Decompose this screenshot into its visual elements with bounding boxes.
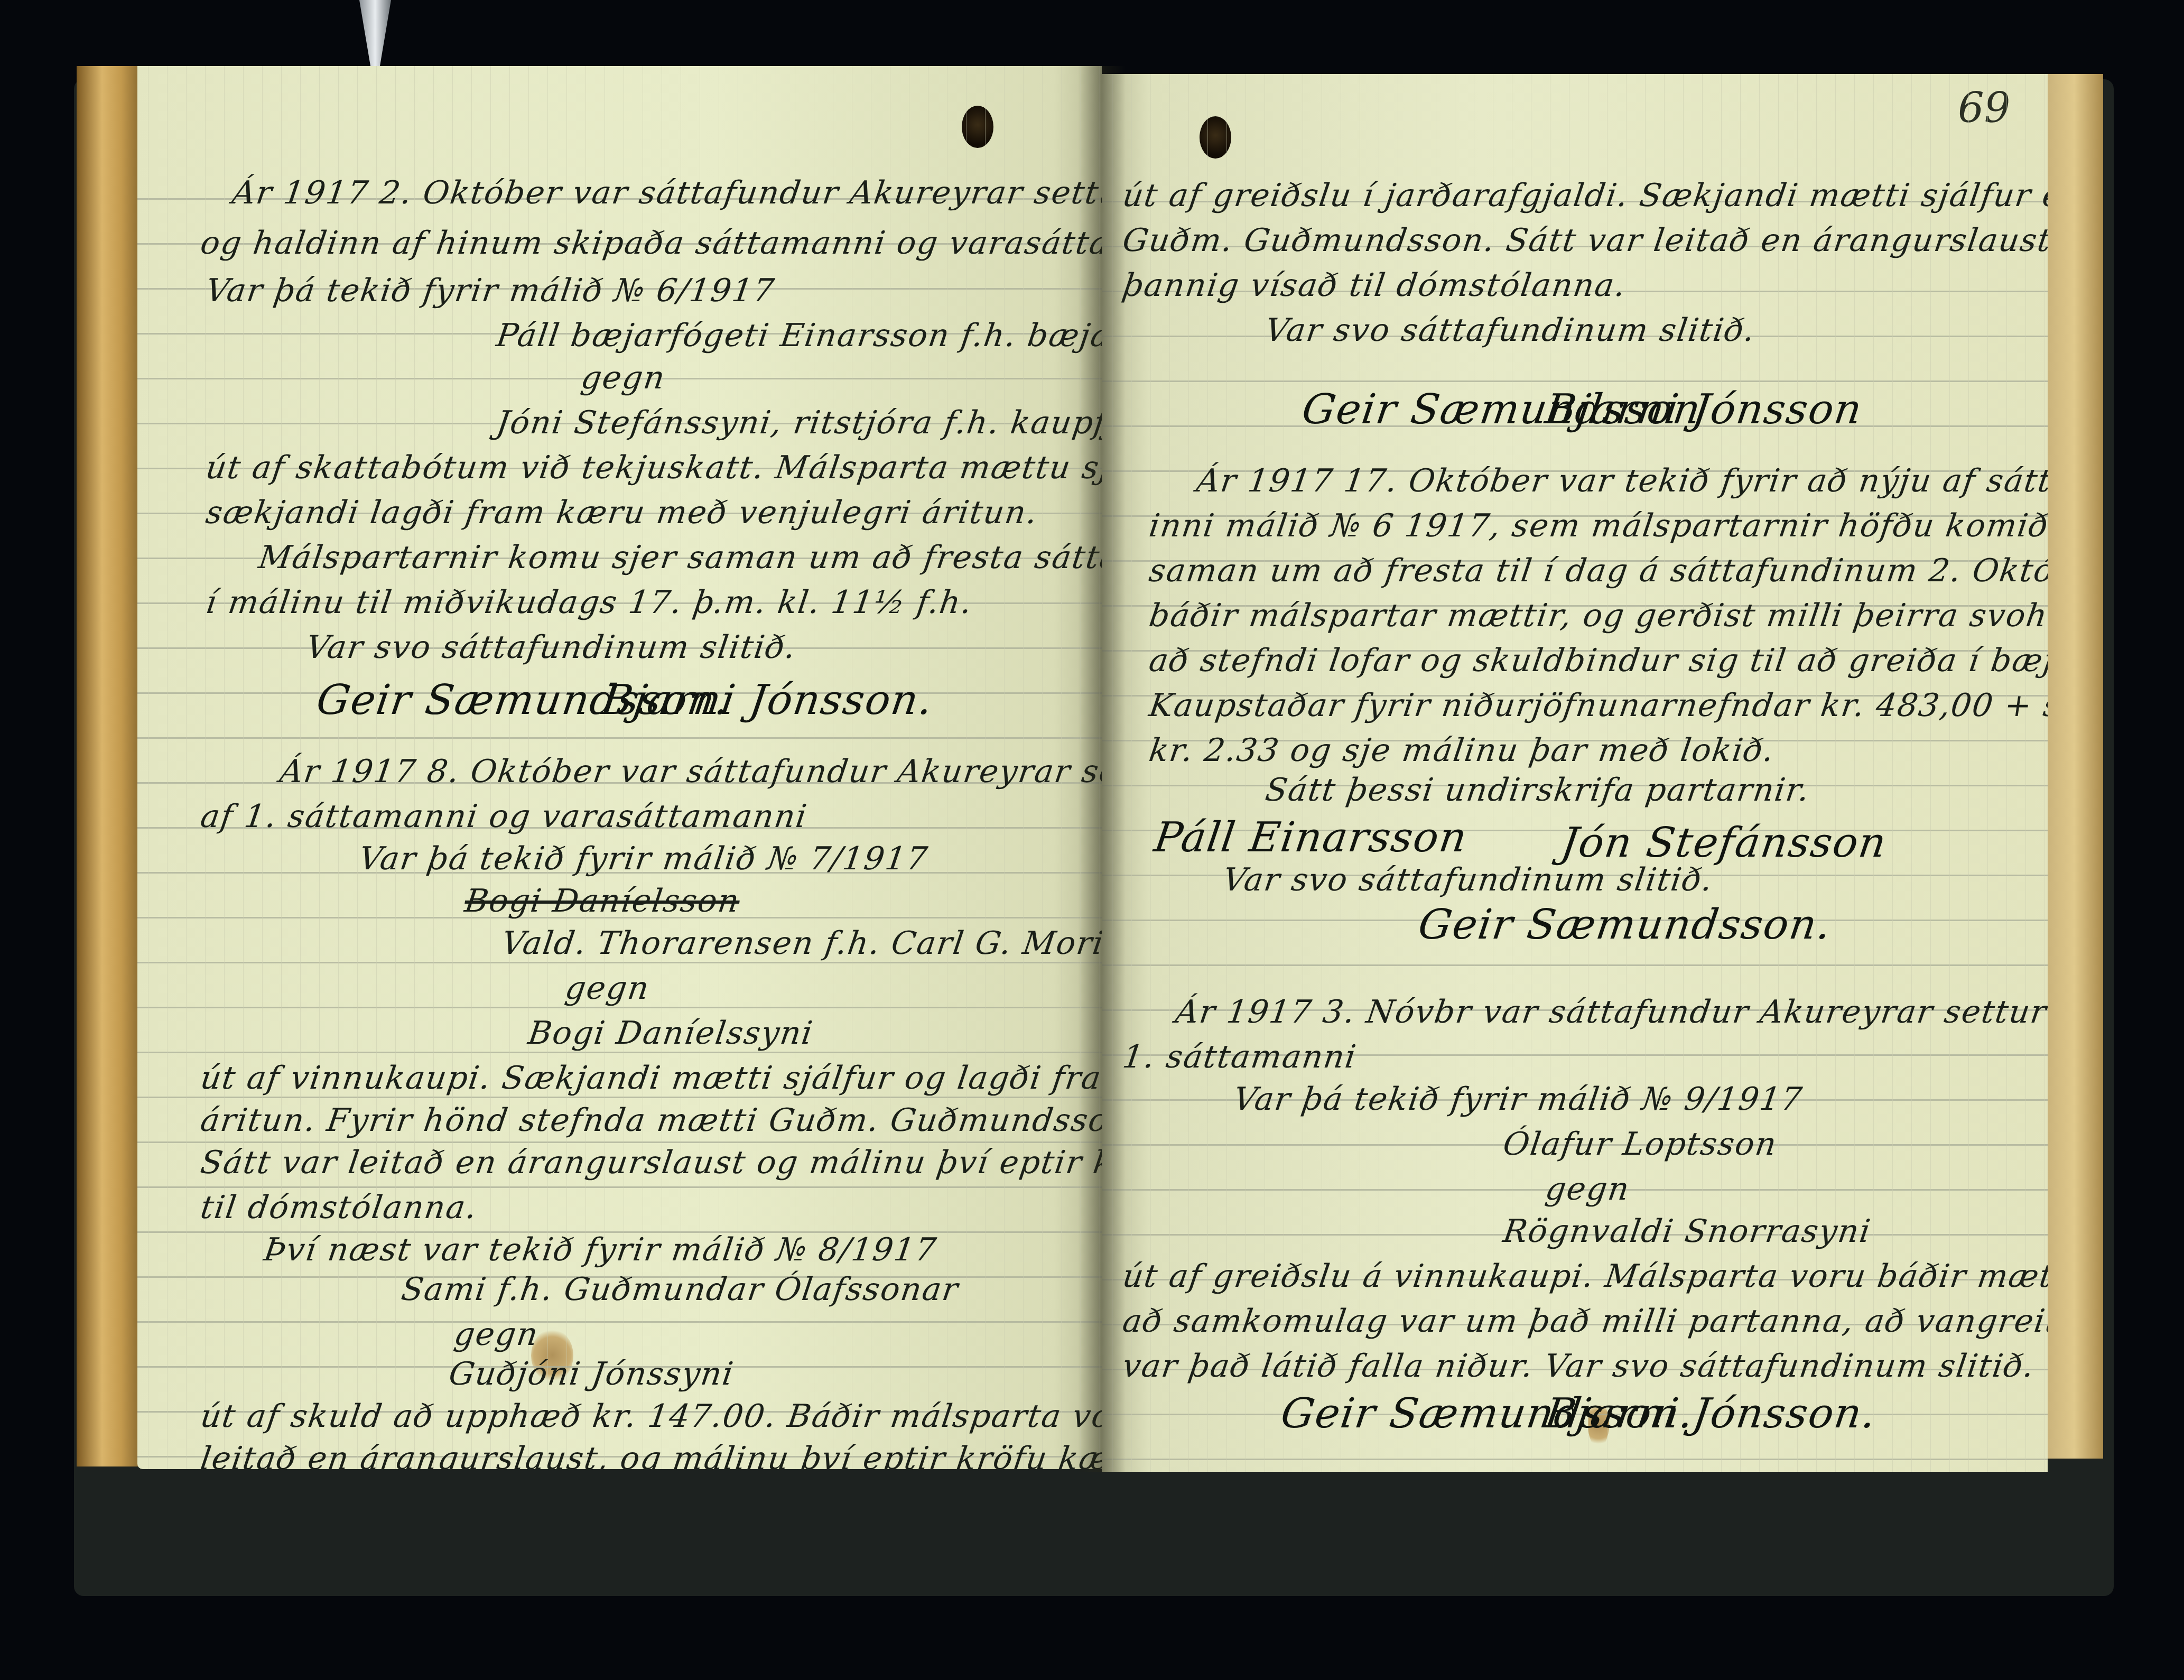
- left-page: Ár 1917 2. Október var sáttafundur Akure…: [137, 66, 1102, 1469]
- handwritten-line: kr. 2.33 og sje málinu þar með lokið.: [1147, 732, 1777, 769]
- ruled-line: [137, 1052, 1102, 1053]
- left-page-edges: [77, 66, 140, 1466]
- signature: Bjarni Jónsson.: [599, 676, 936, 724]
- handwritten-line: Var þá tekið fyrir málið № 6/1917: [203, 272, 777, 309]
- handwritten-line: út af skuld að upphæð kr. 147.00. Báðir …: [198, 1398, 1102, 1435]
- handwritten-line: Ólafur Loptsson: [1501, 1126, 1779, 1163]
- ruled-line: [137, 1321, 1102, 1323]
- handwritten-line: þannig vísað til dómstólanna.: [1120, 267, 1629, 304]
- handwritten-line: Var svo sáttafundinum slitið.: [1221, 861, 1716, 898]
- handwritten-line: Sami f.h. Guðmundar Ólafssonar: [399, 1271, 961, 1308]
- handwritten-line: Var svo sáttafundinum slitið.: [304, 629, 799, 666]
- handwritten-line: sækjandi lagði fram kæru með venjulegri …: [203, 494, 1040, 531]
- ruled-line: [1102, 380, 2048, 382]
- handwritten-line: að samkomulag var um það milli partanna,…: [1120, 1303, 2048, 1340]
- signature: Bjarni Jónsson.: [1542, 1390, 1880, 1437]
- handwritten-line: að stefndi lofar og skuldbindur sig til …: [1147, 642, 2048, 679]
- handwritten-line: Því næst var tekið fyrir málið № 8/1917: [262, 1231, 939, 1268]
- handwritten-line: út af greiðslu í jarðarafgjaldi. Sækjand…: [1120, 177, 2048, 214]
- ruled-line: [1102, 1459, 2048, 1460]
- handwritten-line: inni málið № 6 1917, sem málspartarnir h…: [1147, 507, 2048, 544]
- handwritten-line: Páll bæjarfógeti Einarsson f.h. bæjarstj…: [494, 317, 1102, 354]
- handwritten-line: til dómstólanna.: [198, 1189, 480, 1226]
- ruled-line: [137, 1007, 1102, 1008]
- ruled-line: [1102, 964, 2048, 966]
- handwritten-line: Var þá tekið fyrir málið № 9/1917: [1231, 1081, 1805, 1118]
- ruled-line: [137, 1141, 1102, 1143]
- handwritten-line: Var svo sáttafundinum slitið.: [1263, 312, 1758, 349]
- handwritten-line: Ár 1917 2. Október var sáttafundur Akure…: [230, 174, 1102, 211]
- handwritten-line: út af skattabótum við tekjuskatt. Málspa…: [203, 449, 1102, 486]
- handwritten-line: 1. sáttamanni: [1120, 1038, 1359, 1075]
- handwritten-line: út af vinnukaupi. Sækjandi mætti sjálfur…: [198, 1060, 1102, 1097]
- right-page: 69 út af greiðslu í jarðarafgjaldi. Sækj…: [1102, 74, 2048, 1472]
- handwritten-line: báðir málspartar mættir, og gerðist mill…: [1147, 597, 2048, 634]
- handwritten-line: Sátt var leitað en árangurslaust og máli…: [198, 1144, 1102, 1181]
- handwritten-line: Sátt þessi undirskrifa partarnir.: [1263, 772, 1813, 809]
- handwritten-line: Ár 1917 17. Október var tekið fyrir að n…: [1194, 462, 2048, 499]
- ruled-line: [137, 1097, 1102, 1098]
- handwritten-line: Var þá tekið fyrir málið № 7/1917: [357, 840, 931, 877]
- handwritten-line: Rögnvaldi Snorrasyni: [1501, 1213, 1873, 1250]
- grid-line: [148, 66, 148, 1469]
- handwritten-line: gegn: [1543, 1171, 1632, 1208]
- handwritten-line: Bogi Daníelsson: [462, 883, 742, 920]
- handwritten-line: Vald. Thorarensen f.h. Carl G. Moritz: [499, 925, 1102, 962]
- handwritten-line: Bogi Daníelssyni: [526, 1015, 815, 1052]
- book-gutter: [1078, 66, 1126, 1472]
- signature: Bjarni Jónsson: [1542, 386, 1866, 433]
- handwritten-line: saman um að fresta til í dag á sáttafund…: [1147, 552, 2048, 589]
- grid-line: [167, 66, 168, 1469]
- handwritten-line: gegn: [452, 1316, 541, 1353]
- handwritten-line: áritun. Fyrir hönd stefnda mætti Guðm. G…: [198, 1102, 1102, 1139]
- handwritten-line: út af greiðslu á vinnukaupi. Málsparta v…: [1120, 1258, 2048, 1295]
- handwritten-line: Málspartarnir komu sjer saman um að fres…: [256, 539, 1102, 576]
- page-number: 69: [1958, 85, 2010, 132]
- handwritten-line: leitað en árangurslaust, og málinu því e…: [198, 1440, 1102, 1469]
- handwritten-line: Guðm. Guðmundsson. Sátt var leitað en ár…: [1120, 222, 2048, 259]
- ruled-line: [137, 1186, 1102, 1188]
- grid-line: [205, 66, 206, 1469]
- ruled-line: [137, 737, 1102, 739]
- signature: Jón Stefánsson: [1558, 819, 1890, 867]
- handwritten-line: gegn: [563, 970, 652, 1007]
- handwritten-line: Ár 1917 8. Október var sáttafundur Akure…: [277, 753, 1102, 790]
- signature: Páll Einarsson: [1151, 814, 1471, 861]
- signature: Geir Sæmundsson.: [1416, 901, 1835, 949]
- handwritten-line: og haldinn af hinum skipaða sáttamanni o…: [198, 225, 1102, 262]
- grid-line: [186, 66, 187, 1469]
- punch-hole: [962, 106, 993, 148]
- handwritten-line: af 1. sáttamanni og varasáttamanni: [198, 798, 810, 835]
- handwritten-line: Kaupstaðar fyrir niðurjöfnunarnefndar kr…: [1147, 687, 2048, 724]
- handwritten-line: var það látið falla niður. Var svo sátta…: [1120, 1348, 2037, 1385]
- handwritten-line: Jóni Stefánssyni, ritstjóra f.h. kaupfje…: [494, 404, 1102, 441]
- handwritten-line: gegn: [579, 359, 668, 396]
- handwritten-line: Ár 1917 3. Nóvbr var sáttafundur Akureyr…: [1173, 994, 2048, 1031]
- handwritten-line: í málinu til miðvikudags 17. þ.m. kl. 11…: [203, 584, 975, 621]
- right-page-edges: [2045, 74, 2103, 1459]
- handwritten-line: Guðjóni Jónssyni: [447, 1356, 736, 1393]
- ruled-line: [137, 962, 1102, 963]
